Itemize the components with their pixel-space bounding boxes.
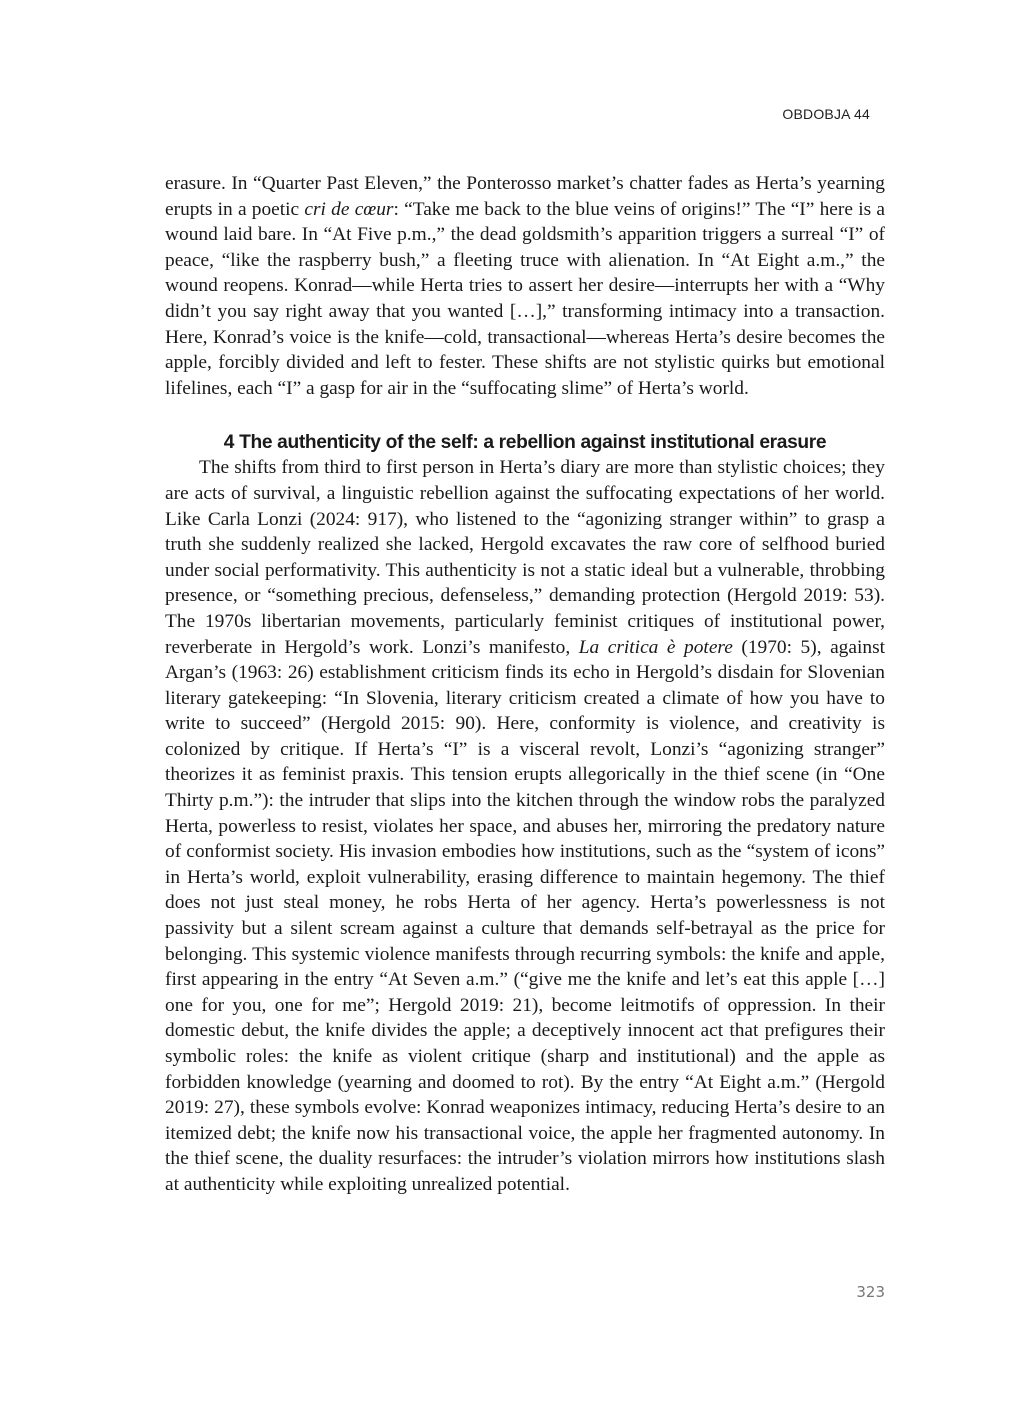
text-run: : “Take me back to the blue veins of ori… <box>165 199 885 399</box>
section-paragraph: The shifts from third to first person in… <box>165 455 885 1197</box>
paragraph-continuation: erasure. In “Quarter Past Eleven,” the P… <box>165 171 885 401</box>
text-run: (1970: 5), against Argan’s (1963: 26) es… <box>165 637 885 1195</box>
document-page: OBDOBJA 44 erasure. In “Quarter Past Ele… <box>0 0 1024 1412</box>
body-text: erasure. In “Quarter Past Eleven,” the P… <box>165 171 885 1198</box>
running-head: OBDOBJA 44 <box>782 106 870 122</box>
page-number: 323 <box>856 1283 885 1301</box>
italic-phrase: cri de cœur <box>304 199 393 220</box>
text-run: The shifts from third to first person in… <box>165 457 885 657</box>
section-heading: 4 The authenticity of the self: a rebell… <box>165 430 885 455</box>
italic-title: La critica è potere <box>579 637 733 658</box>
